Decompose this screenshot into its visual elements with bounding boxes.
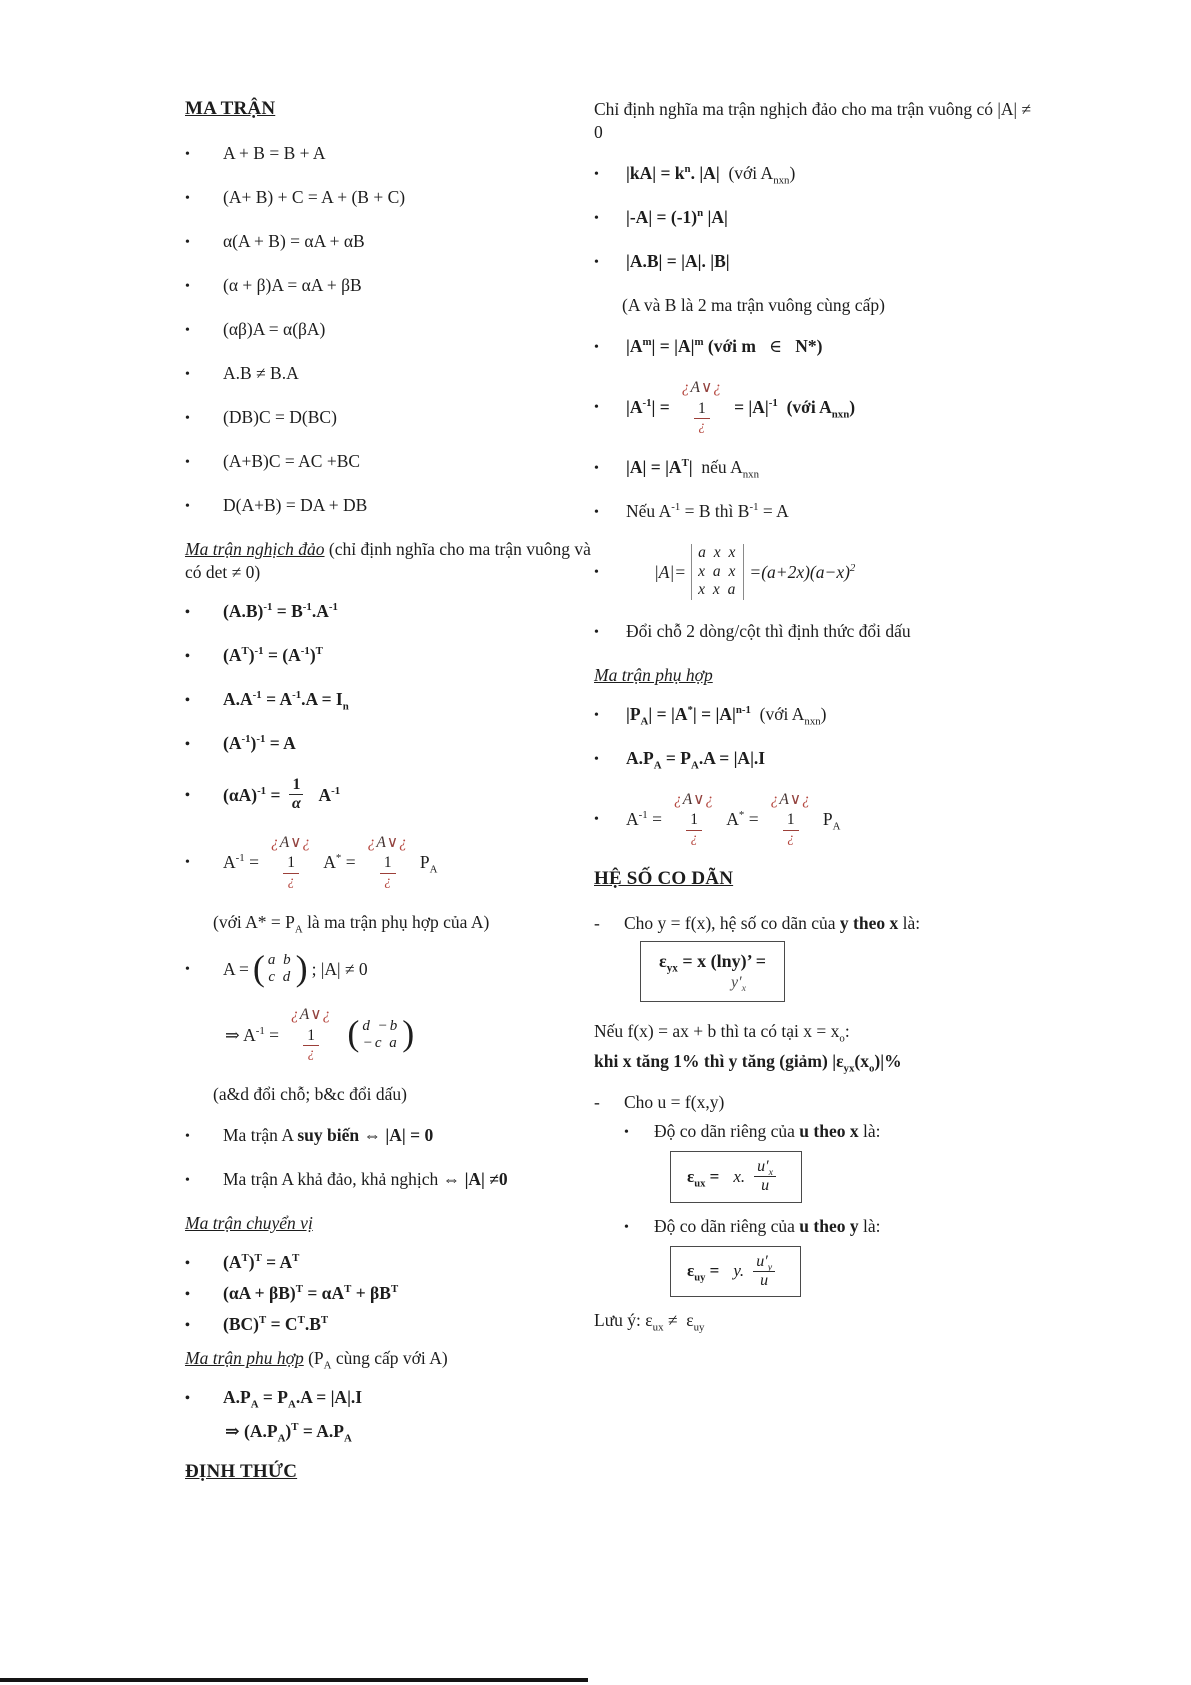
dash-icon: - — [594, 1091, 624, 1113]
dash-text: Cho y = f(x), hệ số co dãn của y theo x … — [624, 912, 1042, 934]
heading-dinh-thuc: ĐỊNH THỨC — [185, 1461, 597, 1483]
bullet-icon: • — [624, 1215, 654, 1239]
bullet-icon: • — [185, 850, 223, 874]
bullet-icon: • — [185, 1124, 223, 1148]
formula-item: •(A+ B) + C = A + (B + C) — [185, 186, 597, 210]
formula-item: •(A.B)-1 = B-1.A-1 — [185, 600, 597, 624]
formula-item: •α(A + B) = αA + αB — [185, 230, 597, 254]
bullet-icon: • — [594, 807, 626, 831]
formula-text: A.B ≠ B.A — [223, 362, 597, 384]
formula-text: |kA| = kn. |A| (với Anxn) — [626, 162, 1042, 184]
formula-item: •(BC)T = CT.BT — [185, 1313, 597, 1337]
bullet-icon: • — [185, 406, 223, 430]
bullet-icon: • — [185, 957, 223, 981]
right-column: Chỉ định nghĩa ma trận nghịch đảo cho ma… — [594, 98, 1042, 1350]
formula-item: •|-A| = (-1)n |A| — [594, 206, 1042, 230]
formula-item: •|Am| = |A|m (với m ∈ N*) — [594, 335, 1042, 359]
intro-paragraph: Chỉ định nghĩa ma trận nghịch đảo cho ma… — [594, 98, 1042, 144]
bullet-icon: • — [185, 644, 223, 668]
bullet-icon: • — [185, 186, 223, 210]
paragraph-linear: Nếu f(x) = ax + b thì ta có tại x = xo: — [594, 1020, 1042, 1043]
formula-item: •(αβ)A = α(βA) — [185, 318, 597, 342]
bullet-icon: • — [185, 142, 223, 166]
page-bottom-border — [0, 1678, 588, 1682]
formula-text: A-1 = ¿A∨¿1¿ A* = ¿A∨¿1¿ PA — [626, 791, 1042, 848]
formula-item: •|PA| = |A*| = |A|n-1 (với Anxn) — [594, 703, 1042, 727]
formula-item: •|A.B| = |A|. |B| — [594, 250, 1042, 274]
elasticity-box-yx: εyx = x (lny)’ = y′x — [640, 941, 785, 1002]
formula-item: • A-1 = ¿A∨¿1¿ A* = ¿A∨¿1¿ PA — [594, 791, 1042, 848]
formula-arrow: ⇒ (A.PA)T = A.PA — [225, 1420, 597, 1443]
bullet-icon: • — [185, 1168, 223, 1192]
formula-text: A + B = B + A — [223, 142, 597, 164]
formula-text: Nếu A-1 = B thì B-1 = A — [626, 500, 1042, 522]
elasticity-box-uy: εuy = y. u′yu — [670, 1246, 801, 1298]
formula-text: (AT)-1 = (A-1)T — [223, 644, 597, 666]
bullet-icon: • — [624, 1120, 654, 1144]
bullet-icon: • — [185, 450, 223, 474]
note-same-order: (A và B là 2 ma trận vuông cùng cấp) — [622, 294, 1042, 317]
formula-item: •Ma trận A khả đảo, khả nghịch ⇔ |A| ≠0 — [185, 1168, 597, 1192]
bullet-icon: • — [185, 318, 223, 342]
formula-text: (DB)C = D(BC) — [223, 406, 597, 428]
note-swap: (a&d đổi chỗ; b&c đổi dấu) — [213, 1083, 597, 1106]
formula-item: • A-1 = ¿A∨¿1¿ A* = ¿A∨¿1¿ PA — [185, 834, 597, 891]
broken-equation: ¿A∨¿1¿ — [674, 791, 714, 848]
formula-item: •(A-1)-1 = A — [185, 732, 597, 756]
formula-item: •A.A-1 = A-1.A = In — [185, 688, 597, 712]
bullet-icon: • — [594, 703, 626, 727]
formula-text: A.A-1 = A-1.A = In — [223, 688, 597, 710]
heading-ma-tran: MA TRẬN — [185, 98, 597, 120]
formula-text: |A-1| = ¿A∨¿1¿ = |A|-1 (với Anxn) — [626, 379, 1042, 436]
formula-item: •A.PA = PA.A = |A|.I — [185, 1386, 597, 1410]
broken-equation: ¿A∨¿1¿ — [682, 379, 722, 436]
broken-equation: ¿A∨¿1¿ — [368, 834, 408, 891]
formula-text: |A| = |AT| nếu Anxn — [626, 456, 1042, 478]
bullet-icon: • — [594, 395, 626, 419]
formula-text: A = (a bc d) ; |A| ≠ 0 — [223, 952, 597, 987]
formula-item: • A = (a bc d) ; |A| ≠ 0 — [185, 952, 597, 987]
formula-text: D(A+B) = DA + DB — [223, 494, 597, 516]
bullet-icon: • — [185, 1313, 223, 1337]
formula-text: |A.B| = |A|. |B| — [626, 250, 1042, 272]
formula-item: •(A+B)C = AC +BC — [185, 450, 597, 474]
formula-text: |PA| = |A*| = |A|n-1 (với Anxn) — [626, 703, 1042, 725]
formula-item: •(DB)C = D(BC) — [185, 406, 597, 430]
document-page: MA TRẬN •A + B = B + A •(A+ B) + C = A +… — [0, 0, 1191, 1685]
bullet-icon: • — [185, 1386, 223, 1410]
dash-item: -Cho y = f(x), hệ số co dãn của y theo x… — [594, 912, 1042, 934]
matrix-2x2: (a bc d) — [253, 952, 308, 987]
sub-bullet-item: •Độ co dãn riêng của u theo x là: — [594, 1120, 1042, 1144]
formula-text: A-1 = ¿A∨¿1¿ A* = ¿A∨¿1¿ PA — [223, 834, 597, 891]
formula-item: •Nếu A-1 = B thì B-1 = A — [594, 500, 1042, 524]
formula-item: • |A|= a x xx a xx x a =(a+2x)(a−x)2 — [594, 544, 1042, 600]
sub-bullet-text: Độ co dãn riêng của u theo x là: — [654, 1120, 1042, 1142]
formula-text: A.PA = PA.A = |A|.I — [223, 1386, 597, 1408]
formula-item: •D(A+B) = DA + DB — [185, 494, 597, 518]
formula-item: •Ma trận A suy biến ⇔ |A| = 0 — [185, 1124, 597, 1148]
broken-equation: ¿A∨¿1¿ — [291, 1006, 331, 1063]
formula-item: •(αA + βB)T = αAT + βBT — [185, 1282, 597, 1306]
subheading-chuyen-vi: Ma trận chuyển vị — [185, 1212, 597, 1235]
bullet-icon: • — [594, 335, 626, 359]
bullet-icon: • — [594, 250, 626, 274]
sub-bullet-item: •Độ co dãn riêng của u theo y là: — [594, 1215, 1042, 1239]
formula-item: • (αA)-1 = 1α A-1 — [185, 776, 597, 814]
bullet-icon: • — [185, 274, 223, 298]
formula-text: (AT)T = AT — [223, 1251, 597, 1273]
formula-text: Ma trận A suy biến ⇔ |A| = 0 — [223, 1124, 597, 1146]
formula-text: Đổi chỗ 2 dòng/cột thì định thức đổi dấu — [626, 620, 1042, 642]
formula-text: (αA)-1 = 1α A-1 — [223, 776, 597, 814]
bullet-icon: • — [594, 500, 626, 524]
formula-item: • |A-1| = ¿A∨¿1¿ = |A|-1 (với Anxn) — [594, 379, 1042, 436]
formula-text: (α + β)A = αA + βB — [223, 274, 597, 296]
bullet-icon: • — [594, 456, 626, 480]
bullet-icon: • — [185, 362, 223, 386]
bullet-icon: • — [185, 1251, 223, 1275]
elasticity-box-ux: εux = x. u′xu — [670, 1151, 802, 1203]
bullet-icon: • — [185, 494, 223, 518]
formula-item: •(AT)-1 = (A-1)T — [185, 644, 597, 668]
formula-text: |Am| = |A|m (với m ∈ N*) — [626, 335, 1042, 357]
formula-item: •|kA| = kn. |A| (với Anxn) — [594, 162, 1042, 186]
bullet-icon: • — [594, 162, 626, 186]
fraction: u′yu — [753, 1253, 775, 1291]
formula-text: ⇒ A-1 = ¿A∨¿1¿ (d −b−c a) — [225, 1006, 597, 1063]
formula-text: (A+ B) + C = A + (B + C) — [223, 186, 597, 208]
heading-he-so-co-dan: HỆ SỐ CO DÃN — [594, 868, 1042, 890]
dash-icon: - — [594, 912, 624, 934]
subheading-phu-hop-right: Ma trận phụ hợp — [594, 664, 1042, 687]
formula-item: •Đổi chỗ 2 dòng/cột thì định thức đổi dấ… — [594, 620, 1042, 644]
formula-item: ⇒ A-1 = ¿A∨¿1¿ (d −b−c a) — [225, 1006, 597, 1063]
paragraph-percent: khi x tăng 1% thì y tăng (giảm) |εyx(xo)… — [594, 1050, 1042, 1073]
formula-text: A.PA = PA.A = |A|.I — [626, 747, 1042, 769]
formula-item: •|A| = |AT| nếu Anxn — [594, 456, 1042, 480]
bullet-icon: • — [594, 747, 626, 771]
formula-text: (A.B)-1 = B-1.A-1 — [223, 600, 597, 622]
sub-bullet-text: Độ co dãn riêng của u theo y là: — [654, 1215, 1042, 1237]
matrix-inverse-2x2: (d −b−c a) — [347, 1018, 414, 1053]
formula-item: •A.PA = PA.A = |A|.I — [594, 747, 1042, 771]
formula-text: (A+B)C = AC +BC — [223, 450, 597, 472]
formula-text: (αA + βB)T = αAT + βBT — [223, 1282, 597, 1304]
formula-text: |-A| = (-1)n |A| — [626, 206, 1042, 228]
bullet-icon: • — [185, 732, 223, 756]
formula-item: •(α + β)A = αA + βB — [185, 274, 597, 298]
formula-item: •A.B ≠ B.A — [185, 362, 597, 386]
fraction: 1α — [289, 776, 303, 814]
fraction: u′xu — [754, 1158, 776, 1196]
subheading-nghich-dao: Ma trận nghịch đảo (chỉ định nghĩa cho m… — [185, 538, 597, 584]
formula-text: (BC)T = CT.BT — [223, 1313, 597, 1335]
bullet-icon: • — [594, 560, 626, 584]
bullet-icon: • — [185, 600, 223, 624]
dash-text: Cho u = f(x,y) — [624, 1091, 1042, 1113]
bullet-icon: • — [185, 1282, 223, 1306]
bullet-icon: • — [594, 620, 626, 644]
formula-text: Ma trận A khả đảo, khả nghịch ⇔ |A| ≠0 — [223, 1168, 597, 1190]
determinant-3x3: a x xx a xx x a — [691, 544, 744, 600]
determinant-example: |A|= a x xx a xx x a =(a+2x)(a−x)2 — [654, 544, 1042, 600]
formula-item: •(AT)T = AT — [185, 1251, 597, 1275]
formula-text: α(A + B) = αA + αB — [223, 230, 597, 252]
formula-item: •A + B = B + A — [185, 142, 597, 166]
note-adjugate: (với A* = PA là ma trận phụ hợp của A) — [213, 911, 597, 934]
left-column: MA TRẬN •A + B = B + A •(A+ B) + C = A +… — [185, 98, 597, 1505]
formula-text: (αβ)A = α(βA) — [223, 318, 597, 340]
formula-text: (A-1)-1 = A — [223, 732, 597, 754]
bullet-icon: • — [185, 783, 223, 807]
dash-item: -Cho u = f(x,y) — [594, 1091, 1042, 1113]
bullet-icon: • — [185, 230, 223, 254]
broken-equation: ¿A∨¿1¿ — [771, 791, 811, 848]
subheading-phu-hop: Ma trận phu hợp (PA cùng cấp với A) — [185, 1347, 597, 1370]
note-luu-y: Lưu ý: εux ≠ εuy — [594, 1309, 1042, 1332]
bullet-icon: • — [185, 688, 223, 712]
bullet-icon: • — [594, 206, 626, 230]
broken-equation: ¿A∨¿1¿ — [271, 834, 311, 891]
